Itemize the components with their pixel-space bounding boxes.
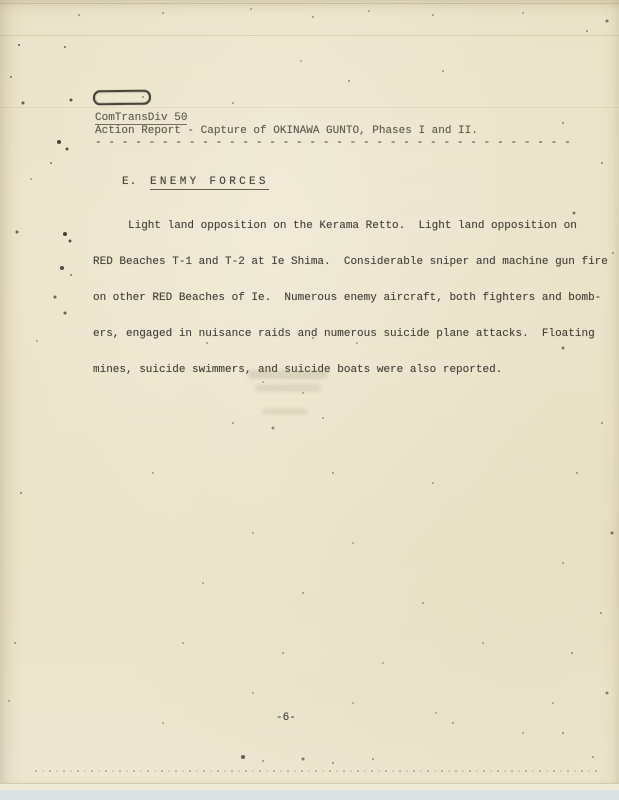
paragraph-line: RED Beaches T-1 and T-2 at Ie Shima. Con… xyxy=(93,256,618,268)
faint-rule-line xyxy=(35,770,601,772)
header-unit: ComTransDiv 50 xyxy=(95,112,187,124)
scanned-document-page: ComTransDiv 50 Action Report - Capture o… xyxy=(0,0,619,789)
paragraph-line: Light land opposition on the Kerama Rett… xyxy=(93,220,618,232)
section-label: E. xyxy=(122,176,137,188)
header-divider-dashes: - - - - - - - - - - - - - - - - - - - - … xyxy=(95,137,571,149)
paragraph-line: on other RED Beaches of Ie. Numerous ene… xyxy=(93,292,618,304)
header-title: Action Report - Capture of OKINAWA GUNTO… xyxy=(95,125,478,137)
page-bottom-edge xyxy=(0,783,619,790)
paper-crease xyxy=(0,3,619,4)
body-paragraph: Light land opposition on the Kerama Rett… xyxy=(93,196,618,400)
page-number: -6- xyxy=(276,712,296,724)
paper-crease xyxy=(0,107,619,108)
ink-bleed-smudge xyxy=(248,370,328,379)
paper-crease xyxy=(0,35,619,36)
paper-specks-texture xyxy=(0,0,2,2)
paragraph-line: ers, engaged in nuisance raids and numer… xyxy=(93,328,618,340)
header-unit-text: ComTransDiv 50 xyxy=(95,112,187,125)
section-heading-text: ENEMY FORCES xyxy=(150,176,269,190)
ink-bleed-smudge xyxy=(255,384,321,392)
stamp-box-outline xyxy=(93,90,151,106)
section-heading: ENEMY FORCES xyxy=(150,176,269,188)
ink-bleed-smudge xyxy=(262,408,308,415)
paragraph-line: mines, suicide swimmers, and suicide boa… xyxy=(93,364,618,376)
